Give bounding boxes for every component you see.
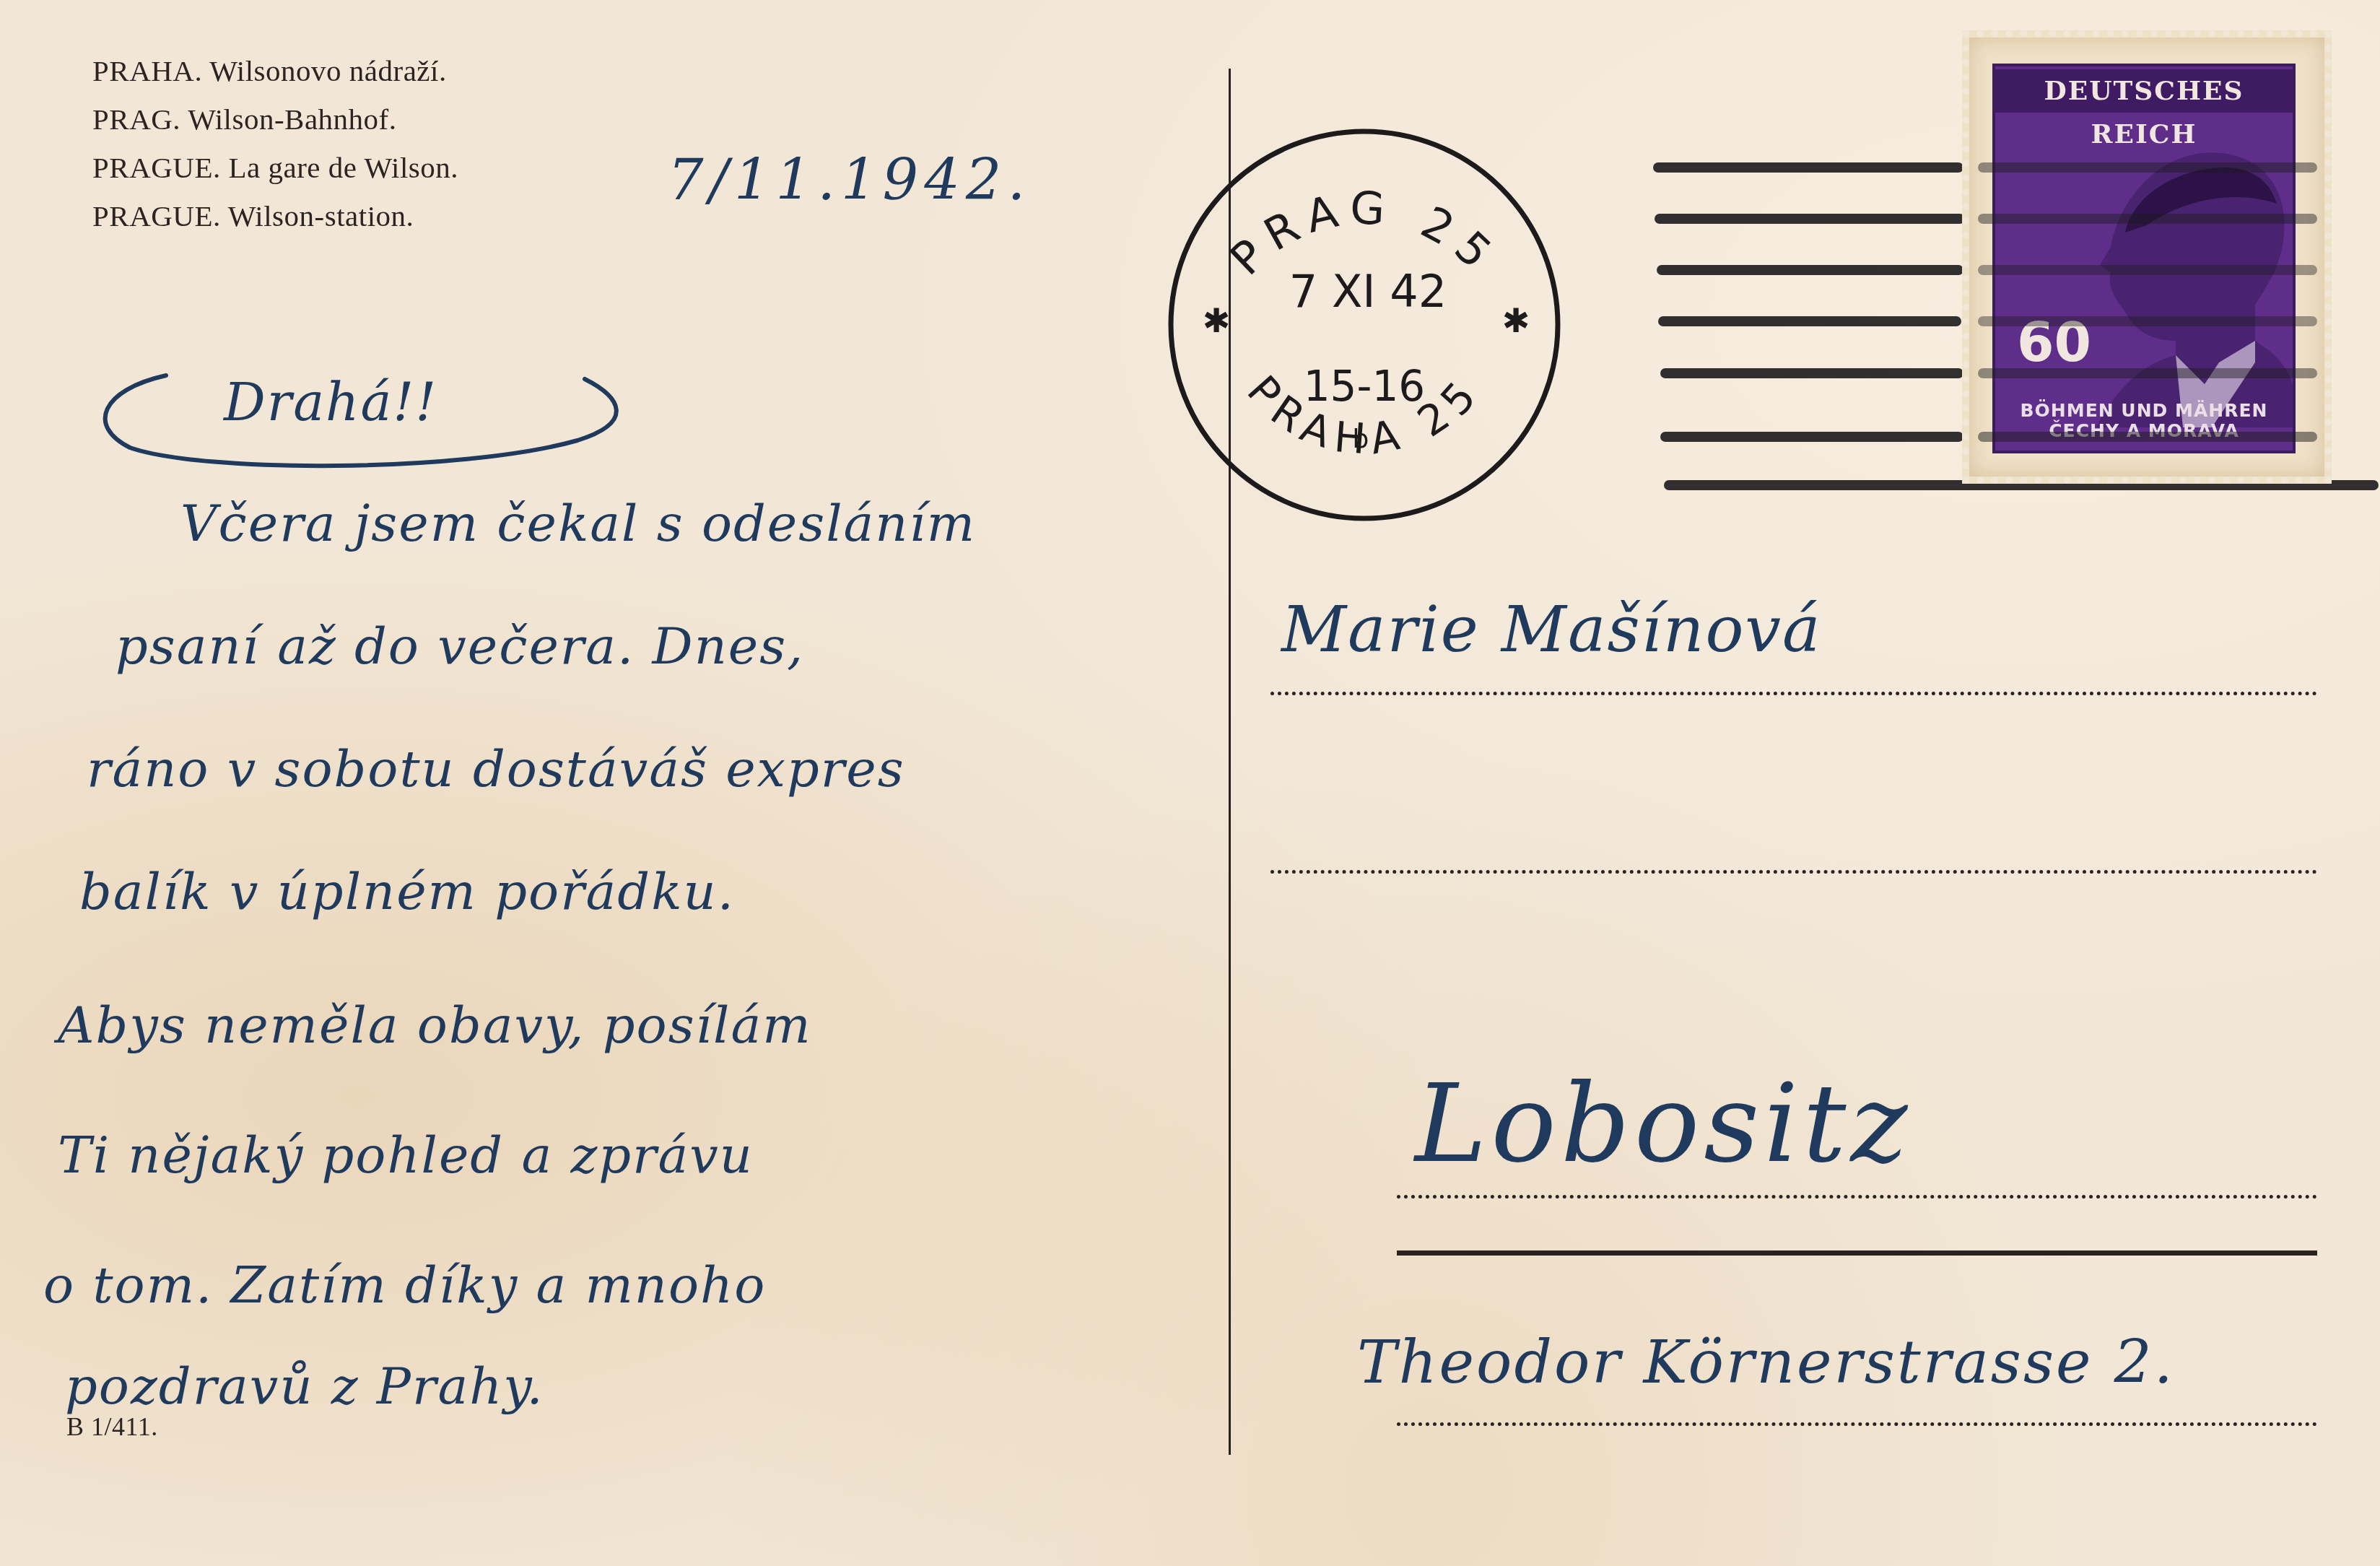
greeting: Drahá!! (224, 372, 437, 432)
message-line: psaní až do večera. Dnes, (115, 621, 804, 671)
address-line-1 (1270, 692, 2317, 695)
message-line: pozdravů z Prahy. (65, 1361, 544, 1411)
cancel-bar-over-stamp (1978, 316, 2317, 326)
cancel-bar (1653, 162, 1963, 173)
cancel-bar-over-stamp (1978, 432, 2317, 442)
postmark-star-left-icon: ✱ (1203, 301, 1231, 340)
cancel-bar (1657, 265, 1963, 275)
address-line-4 (1397, 1422, 2317, 1426)
stamp-region-german: BÖHMEN UND MÄHREN (1995, 400, 2293, 421)
city-underline (1397, 1250, 2317, 1256)
postmark-time: 15-16 (1304, 362, 1426, 411)
postage-stamp: DEUTSCHES REICH 60 BÖHMEN UND MÄHREN ČEC… (1992, 64, 2296, 453)
message-line: ráno v sobotu dostáváš expres (87, 744, 905, 794)
caption-english: PRAGUE. Wilson-station. (92, 201, 414, 231)
message-line: o tom. Zatím díky a mnoho (43, 1260, 766, 1310)
cancel-bar-over-stamp (1978, 162, 2317, 173)
cancel-bar (1660, 368, 1963, 378)
postmark-date: 7 XI 42 (1289, 265, 1447, 318)
cancel-bar (1658, 316, 1961, 326)
message-line: Včera jsem čekal s odesláním (180, 498, 976, 549)
caption-german: PRAG. Wilson-Bahnhof. (92, 105, 397, 134)
cancel-bar (1660, 432, 1963, 442)
caption-french: PRAGUE. La gare de Wilson. (92, 153, 458, 183)
cancel-bar-over-stamp (1978, 214, 2317, 224)
cancel-bar-over-stamp (1978, 265, 2317, 275)
postmark-icon: PRAG 25 PRAHA 25 ✱ ✱ 7 XI 42 15-16 b (1162, 123, 1566, 527)
address-line-3 (1397, 1195, 2317, 1199)
address-line-2 (1270, 870, 2317, 874)
cancel-bar (1655, 214, 1965, 224)
print-code: B 1/411. (66, 1411, 158, 1442)
message-line: Abys neměla obavy, posílám (58, 1000, 812, 1050)
cancel-bar-over-stamp (1978, 368, 2317, 378)
message-line: Ti nějaký pohled a zprávu (58, 1130, 754, 1180)
handwritten-date: 7/11.1942. (668, 148, 1031, 213)
postmark-letter: b (1353, 425, 1369, 454)
stamp-country: DEUTSCHES REICH (1995, 69, 2293, 113)
recipient-name: Marie Mašínová (1281, 592, 1822, 666)
recipient-street: Theodor Körnerstrasse 2. (1357, 1328, 2175, 1397)
recipient-city: Lobositz (1415, 1061, 1912, 1187)
caption-czech: PRAHA. Wilsonovo nádraží. (92, 56, 447, 86)
postmark-star-right-icon: ✱ (1502, 301, 1530, 340)
message-line: balík v úplném pořádku. (79, 866, 735, 917)
